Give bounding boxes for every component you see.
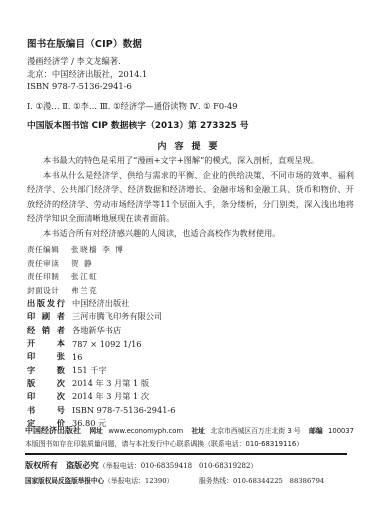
publication-label-char: 行 xyxy=(57,298,65,309)
cip-line-classification: Ⅰ. ①漫… Ⅱ. ①李… Ⅲ. ①经济学—通俗读物 Ⅳ. ① F0-49 xyxy=(27,100,238,112)
cip-line-publisher: 北京：中国经济出版社，2014.1 xyxy=(27,68,147,80)
cip-title: 图书在版编目（CIP）数据 xyxy=(27,36,142,50)
summary-body: 本书最大的特色是采用了“漫画+文字+图解”的模式，深入剖析，直观呈现。 本书从什… xyxy=(27,153,354,240)
quality-notice: 本版图书如存在印装质量问题，请与本社发行中心联系调换（联系电话：010-6831… xyxy=(25,438,303,448)
publication-value: 2014 年 3 月第 1 版 xyxy=(72,378,149,389)
publication-label: 印次 xyxy=(27,391,72,402)
summary-title: 内容提要 xyxy=(0,139,375,152)
credit-label: 责任审读 xyxy=(27,258,71,269)
publication-value: 各地新华书店 xyxy=(72,325,121,336)
publication-row: 印次2014 年 3 月第 1 次 xyxy=(27,390,175,403)
publication-label-char: 次 xyxy=(57,378,65,389)
publication-value: 三河市腾飞印务有限公司 xyxy=(72,311,162,322)
summary-paragraph: 本书从什么是经济学、供给与需求的平衡、企业的供给决策、不同市场的效率、福利经济学… xyxy=(27,168,354,226)
publication-label-char: 销 xyxy=(42,325,50,336)
anti-piracy-phone: （举报电话：12390） xyxy=(104,477,173,485)
address-label: 社址 xyxy=(191,427,205,435)
publication-label-char: 字 xyxy=(27,365,35,376)
publication-label-char: 出 xyxy=(27,298,35,309)
publication-label: 印刷者 xyxy=(27,311,72,322)
credit-label: 责任印制 xyxy=(27,271,71,282)
publication-value: 16 xyxy=(72,352,82,362)
credit-row: 责任审读 贺 静 xyxy=(27,257,124,271)
publication-label-char: 版 xyxy=(27,378,35,389)
publication-label-char: 发 xyxy=(47,298,55,309)
publication-row: 字数151 千字 xyxy=(27,363,175,376)
publication-label: 经销者 xyxy=(27,325,72,336)
publication-row: 印刷者三河市腾飞印务有限公司 xyxy=(27,310,175,323)
publication-label: 印张 xyxy=(27,351,72,362)
publication-label-char: 数 xyxy=(57,365,65,376)
website-label: 网址 xyxy=(89,427,103,435)
publication-value: 151 千字 xyxy=(72,365,107,376)
summary-paragraph: 本书适合所有对经济感兴趣的人阅读，也适合高校作为教材使用。 xyxy=(27,226,354,241)
credit-row: 责任编辑 张晓樯 李 博 xyxy=(27,243,124,257)
divider-rule xyxy=(25,453,347,455)
publication-label-char: 者 xyxy=(57,325,65,336)
publication-details: 出版发行中国经济出版社印刷者三河市腾飞印务有限公司经销者各地新华书店开本787 … xyxy=(27,297,175,430)
anti-piracy-center: 国家版权局反盗版举报中心 xyxy=(25,477,104,485)
credit-label: 封面设计 xyxy=(27,285,71,296)
copyright-line: 版权所有 盗版必究（举报电话：010-68359418 010-68319282… xyxy=(25,460,257,471)
credit-label: 责任编辑 xyxy=(27,244,71,255)
publication-row: 经销者各地新华书店 xyxy=(27,324,175,337)
publication-value: 中国经济出版社 xyxy=(72,298,129,309)
publication-label-char: 张 xyxy=(57,351,65,362)
publication-label: 版次 xyxy=(27,378,72,389)
publication-label-char: 经 xyxy=(27,325,35,336)
publication-label-char: 号 xyxy=(57,405,65,416)
service-hotline: 服务热线：010-68344225 88386794 xyxy=(199,475,324,485)
publication-label: 开本 xyxy=(27,338,72,349)
publication-label-char: 印 xyxy=(27,351,35,362)
publication-value: 2014 年 3 月第 1 次 xyxy=(72,391,149,402)
publication-value: ISBN 978-7-5136-2941-6 xyxy=(72,405,175,415)
publication-label-char: 印 xyxy=(27,311,35,322)
publisher-contact: 中国经济出版社 网址 www.economyph.com 社址 北京市西城区百万… xyxy=(25,425,354,436)
publication-label-char: 本 xyxy=(57,338,65,349)
publication-label: 书号 xyxy=(27,405,72,416)
credit-value: 张江虹 xyxy=(71,271,98,282)
address-value: 北京市西城区百万庄北街 3 号 xyxy=(210,427,300,435)
credit-row: 责任印制 张江虹 xyxy=(27,270,124,284)
publication-row: 开本787 × 1092 1/16 xyxy=(27,337,175,350)
cip-line-isbn: ISBN 978-7-5136-2941-6 xyxy=(27,81,132,91)
credit-value: 弗兰克 xyxy=(71,285,98,296)
publication-row: 书号ISBN 978-7-5136-2941-6 xyxy=(27,403,175,416)
publisher-name: 中国经济出版社 xyxy=(25,425,81,435)
publication-label-char: 刷 xyxy=(42,311,50,322)
publication-row: 版次2014 年 3 月第 1 版 xyxy=(27,377,175,390)
publication-label-char: 书 xyxy=(27,405,35,416)
postcode-label: 邮编 xyxy=(309,427,323,435)
cip-number: 中国版本图书馆 CIP 数据核字（2013）第 273325 号 xyxy=(27,118,249,131)
publication-value: 787 × 1092 1/16 xyxy=(72,339,142,349)
website-link: www.economyph.com xyxy=(108,427,183,435)
report-phone: （举报电话：010-68359418 010-68319282） xyxy=(99,462,258,470)
credit-row: 封面设计 弗兰克 xyxy=(27,284,124,298)
publication-label: 出版发行 xyxy=(27,298,72,309)
publication-label-char: 者 xyxy=(57,311,65,322)
copyright-notice: 版权所有 盗版必究 xyxy=(25,460,99,470)
publication-label: 字数 xyxy=(27,365,72,376)
publication-label-char: 版 xyxy=(37,298,45,309)
credit-value: 贺 静 xyxy=(71,258,93,269)
publication-label-char: 开 xyxy=(27,338,35,349)
credit-value: 张晓樯 李 博 xyxy=(71,244,124,255)
publication-row: 印张16 xyxy=(27,350,175,363)
summary-paragraph: 本书最大的特色是采用了“漫画+文字+图解”的模式，深入剖析，直观呈现。 xyxy=(27,153,354,168)
editorial-credits: 责任编辑 张晓樯 李 博 责任审读 贺 静 责任印制 张江虹 封面设计 弗兰克 xyxy=(27,243,124,297)
anti-piracy-line: 国家版权局反盗版举报中心（举报电话：12390） 服务热线：010-683442… xyxy=(25,475,365,485)
publication-label-char: 次 xyxy=(57,391,65,402)
publication-row: 出版发行中国经济出版社 xyxy=(27,297,175,310)
postcode-value: 100037 xyxy=(328,427,354,435)
publication-label-char: 印 xyxy=(27,391,35,402)
cip-line-title-author: 漫画经济学 / 李文龙编著. xyxy=(27,55,121,67)
